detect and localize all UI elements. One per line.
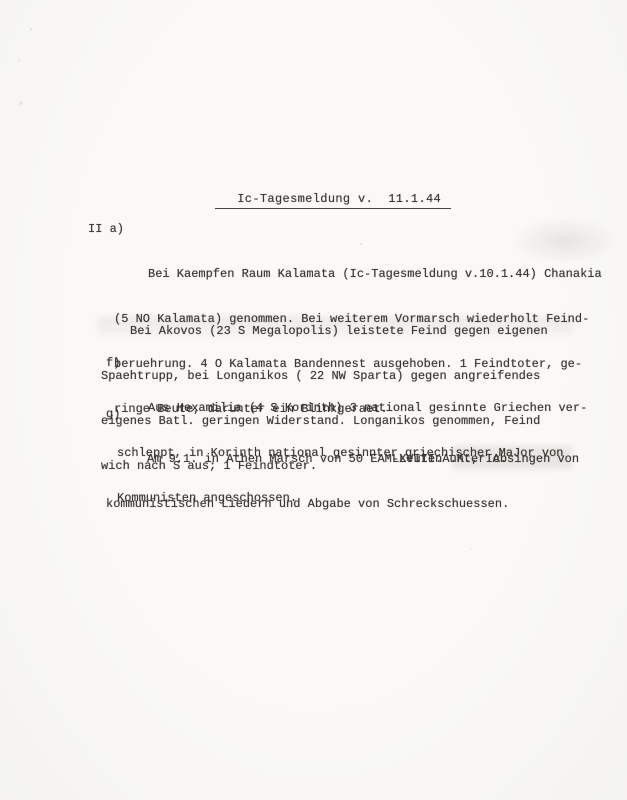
scanned-document-page: Ic-Tagesmeldung v. 11.1.44 II a) Bei Kae… bbox=[0, 0, 627, 800]
report-title-text: Ic-Tagesmeldung v. 11.1.44 bbox=[215, 192, 451, 209]
text-line: Am 9.1. in Athen Marsch von 50 EAM-Leute… bbox=[106, 452, 579, 467]
section-marker: II a) bbox=[88, 222, 124, 237]
report-title: Ic-Tagesmeldung v. 11.1.44 bbox=[185, 178, 451, 223]
text-line: Bei Kaempfen Raum Kalamata (Ic-Tagesmeld… bbox=[114, 267, 602, 282]
section-g: g) Am 9.1. in Athen Marsch von 50 EAM-Le… bbox=[106, 407, 579, 542]
section-marker: f) bbox=[106, 356, 120, 371]
section-marker: g) bbox=[106, 407, 120, 422]
text-line: Bei Akovos (23 S Megalopolis) leistete F… bbox=[101, 324, 548, 339]
signature-line: LXVIII.A.K., Ic. bbox=[392, 452, 507, 466]
text-line: kommunistischen Liedern und Abgabe von S… bbox=[106, 497, 579, 512]
scan-speck bbox=[30, 28, 32, 30]
